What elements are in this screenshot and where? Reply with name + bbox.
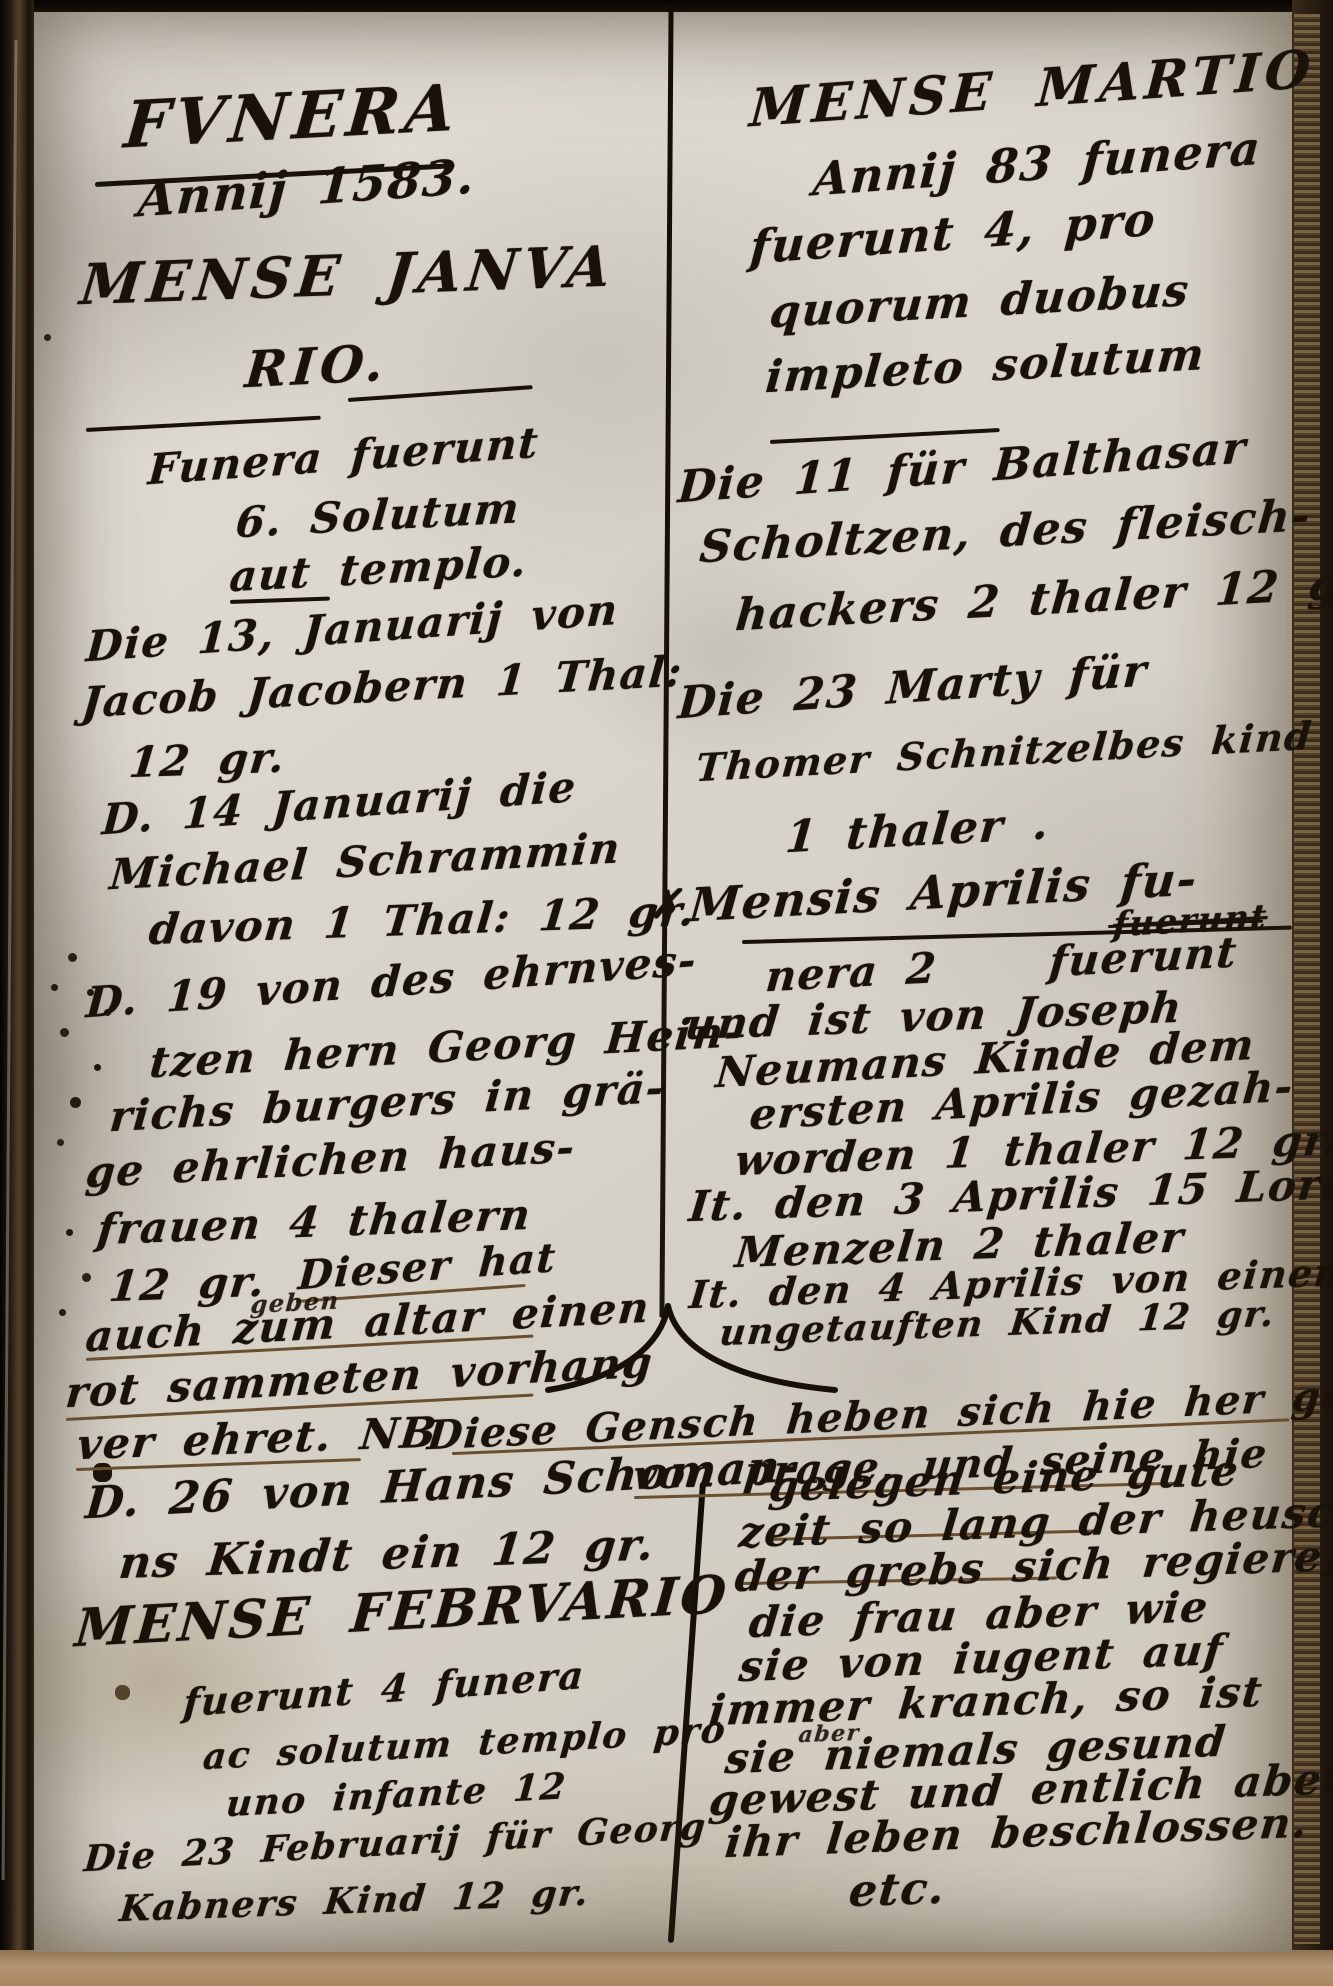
ink-spatter	[0, 0, 5, 5]
manuscript-line: 12 gr.	[127, 733, 288, 788]
table-surface	[0, 1950, 1333, 1986]
cross-mark: ✗	[648, 880, 684, 927]
manuscript-photo: FVNERA Annij 1583. MENSE JANVA RIO. Fune…	[0, 0, 1333, 1986]
manuscript-line: etc.	[847, 1863, 949, 1918]
heading-januario-2: RIO.	[243, 333, 391, 400]
page-stack-streaks	[1294, 14, 1320, 1944]
